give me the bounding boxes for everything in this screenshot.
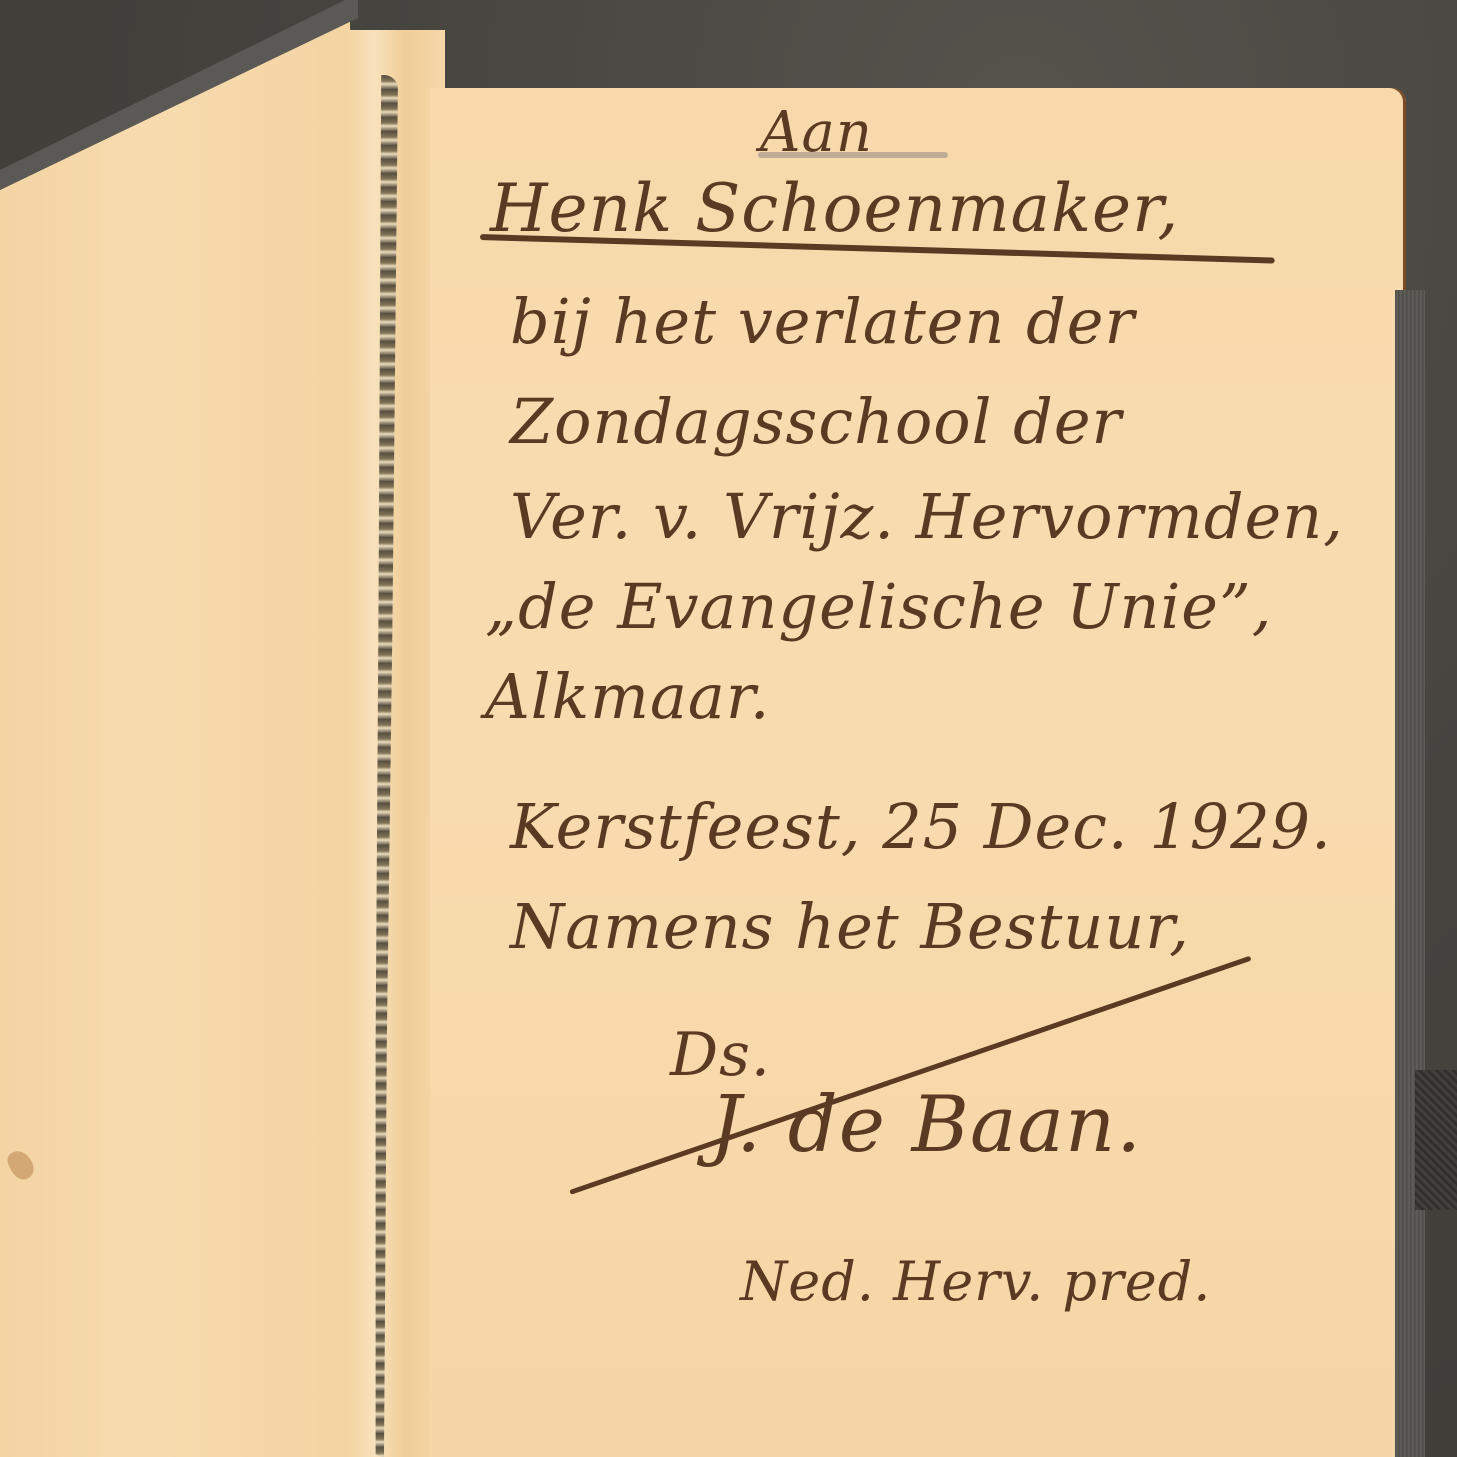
signature-name: J. de Baan. [710,1080,1142,1170]
back-cover-cloth-edge [1395,290,1425,1457]
dedication-line: „de Evangelische Unie”, [485,570,1272,643]
signature-role: Ned. Herv. pred. [740,1250,1211,1313]
dedication-line: Alkmaar. [485,660,770,733]
date-line: Kerstfeest, 25 Dec. 1929. [510,790,1332,863]
recipient-name: Henk Schoenmaker, [490,170,1179,247]
bookmark-ribbon [1415,1070,1457,1210]
dedication-line: Zondagsschool der [510,385,1122,458]
dedication-line: Ver. v. Vrijz. Hervormden, [510,480,1344,553]
on-behalf-line: Namens het Bestuur, [510,890,1190,963]
dedication-line: bij het verlaten der [510,285,1135,358]
salutation-pencil-underline [758,152,948,158]
inside-front-cover-page [0,0,360,1457]
